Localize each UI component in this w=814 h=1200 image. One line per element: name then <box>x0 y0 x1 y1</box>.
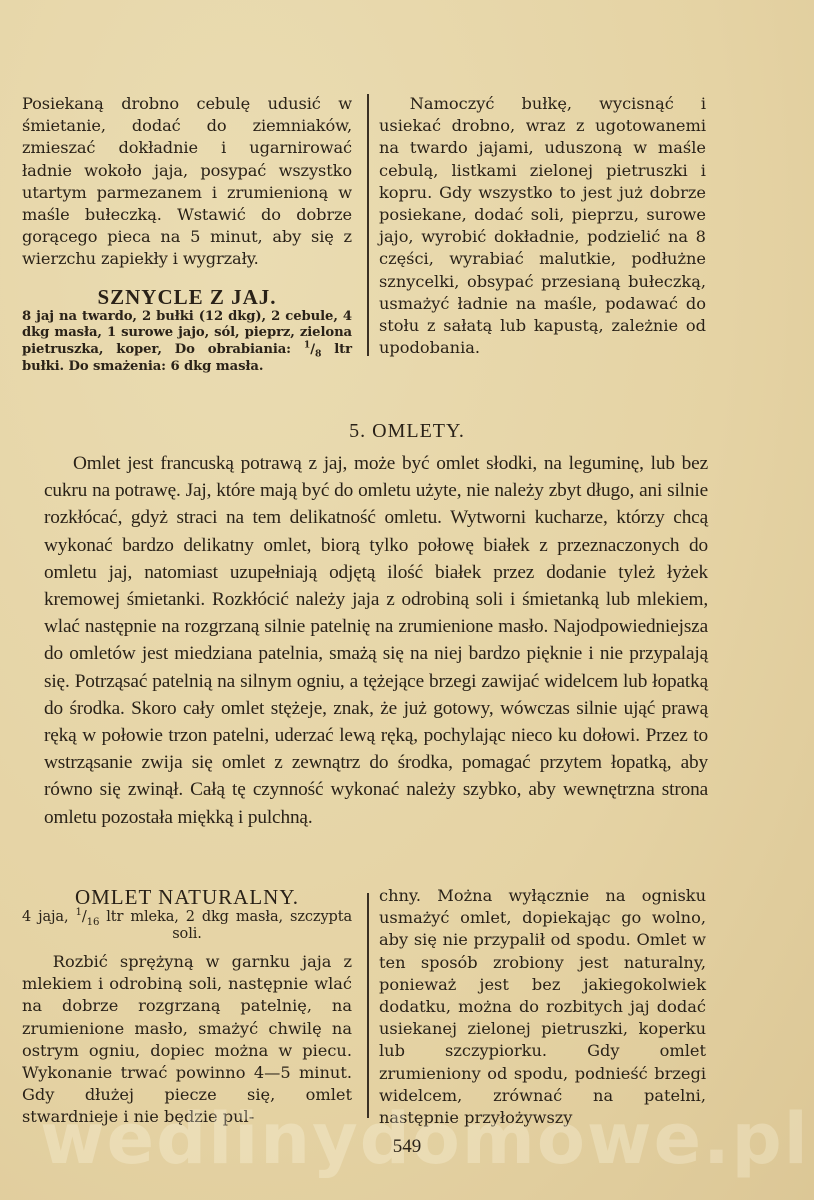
column-divider <box>367 94 369 356</box>
fraction-numerator: 1 <box>304 340 310 351</box>
body-paragraph: Rozbić sprężyną w garnku jaja z mlekiem … <box>22 951 352 1129</box>
ingredients-list: 8 jaj na twardo, 2 bułki (12 dkg), 2 ceb… <box>22 309 352 376</box>
body-paragraph: Namoczyć bułkę, wycisnąć i usiekać drobn… <box>379 93 706 359</box>
ingredients-text: 8 jaj na twardo, 2 bułki (12 dkg), 2 ceb… <box>22 309 352 358</box>
column-divider <box>367 893 369 1118</box>
book-page: Posiekaną drobno cebulę udusić w śmietan… <box>0 0 814 1200</box>
recipe-title: OMLET NATURALNY. <box>22 885 352 909</box>
fraction-numerator: 1 <box>75 907 81 918</box>
fraction-denominator: 16 <box>87 917 100 928</box>
ingredients-text-tail: ltr mleka, 2 dkg masła, szczypta soli. <box>99 909 352 942</box>
ingredients-text: 4 jaja, <box>22 909 75 925</box>
bottom-right-column: chny. Można wyłącznie na ognisku usmażyć… <box>379 885 706 1129</box>
body-paragraph: Posiekaną drobno cebulę udusić w śmietan… <box>22 93 352 271</box>
recipe-title: SZNYCLE Z JAJ. <box>22 285 352 309</box>
page-number: 549 <box>0 1136 814 1158</box>
section-body: Omlet jest francuską potrawą z jaj, może… <box>44 450 708 831</box>
section-title: 5. OMLETY. <box>0 420 814 443</box>
body-paragraph: Omlet jest francuską potrawą z jaj, może… <box>44 450 708 831</box>
top-right-column: Namoczyć bułkę, wycisnąć i usiekać drobn… <box>379 93 706 359</box>
ingredients-list: 4 jaja, 1/16 ltr mleka, 2 dkg masła, szc… <box>22 909 352 943</box>
top-left-column: Posiekaną drobno cebulę udusić w śmietan… <box>22 93 352 376</box>
bottom-left-column: OMLET NATURALNY. 4 jaja, 1/16 ltr mleka,… <box>22 885 352 1129</box>
body-paragraph: chny. Można wyłącznie na ognisku usmażyć… <box>379 885 706 1129</box>
